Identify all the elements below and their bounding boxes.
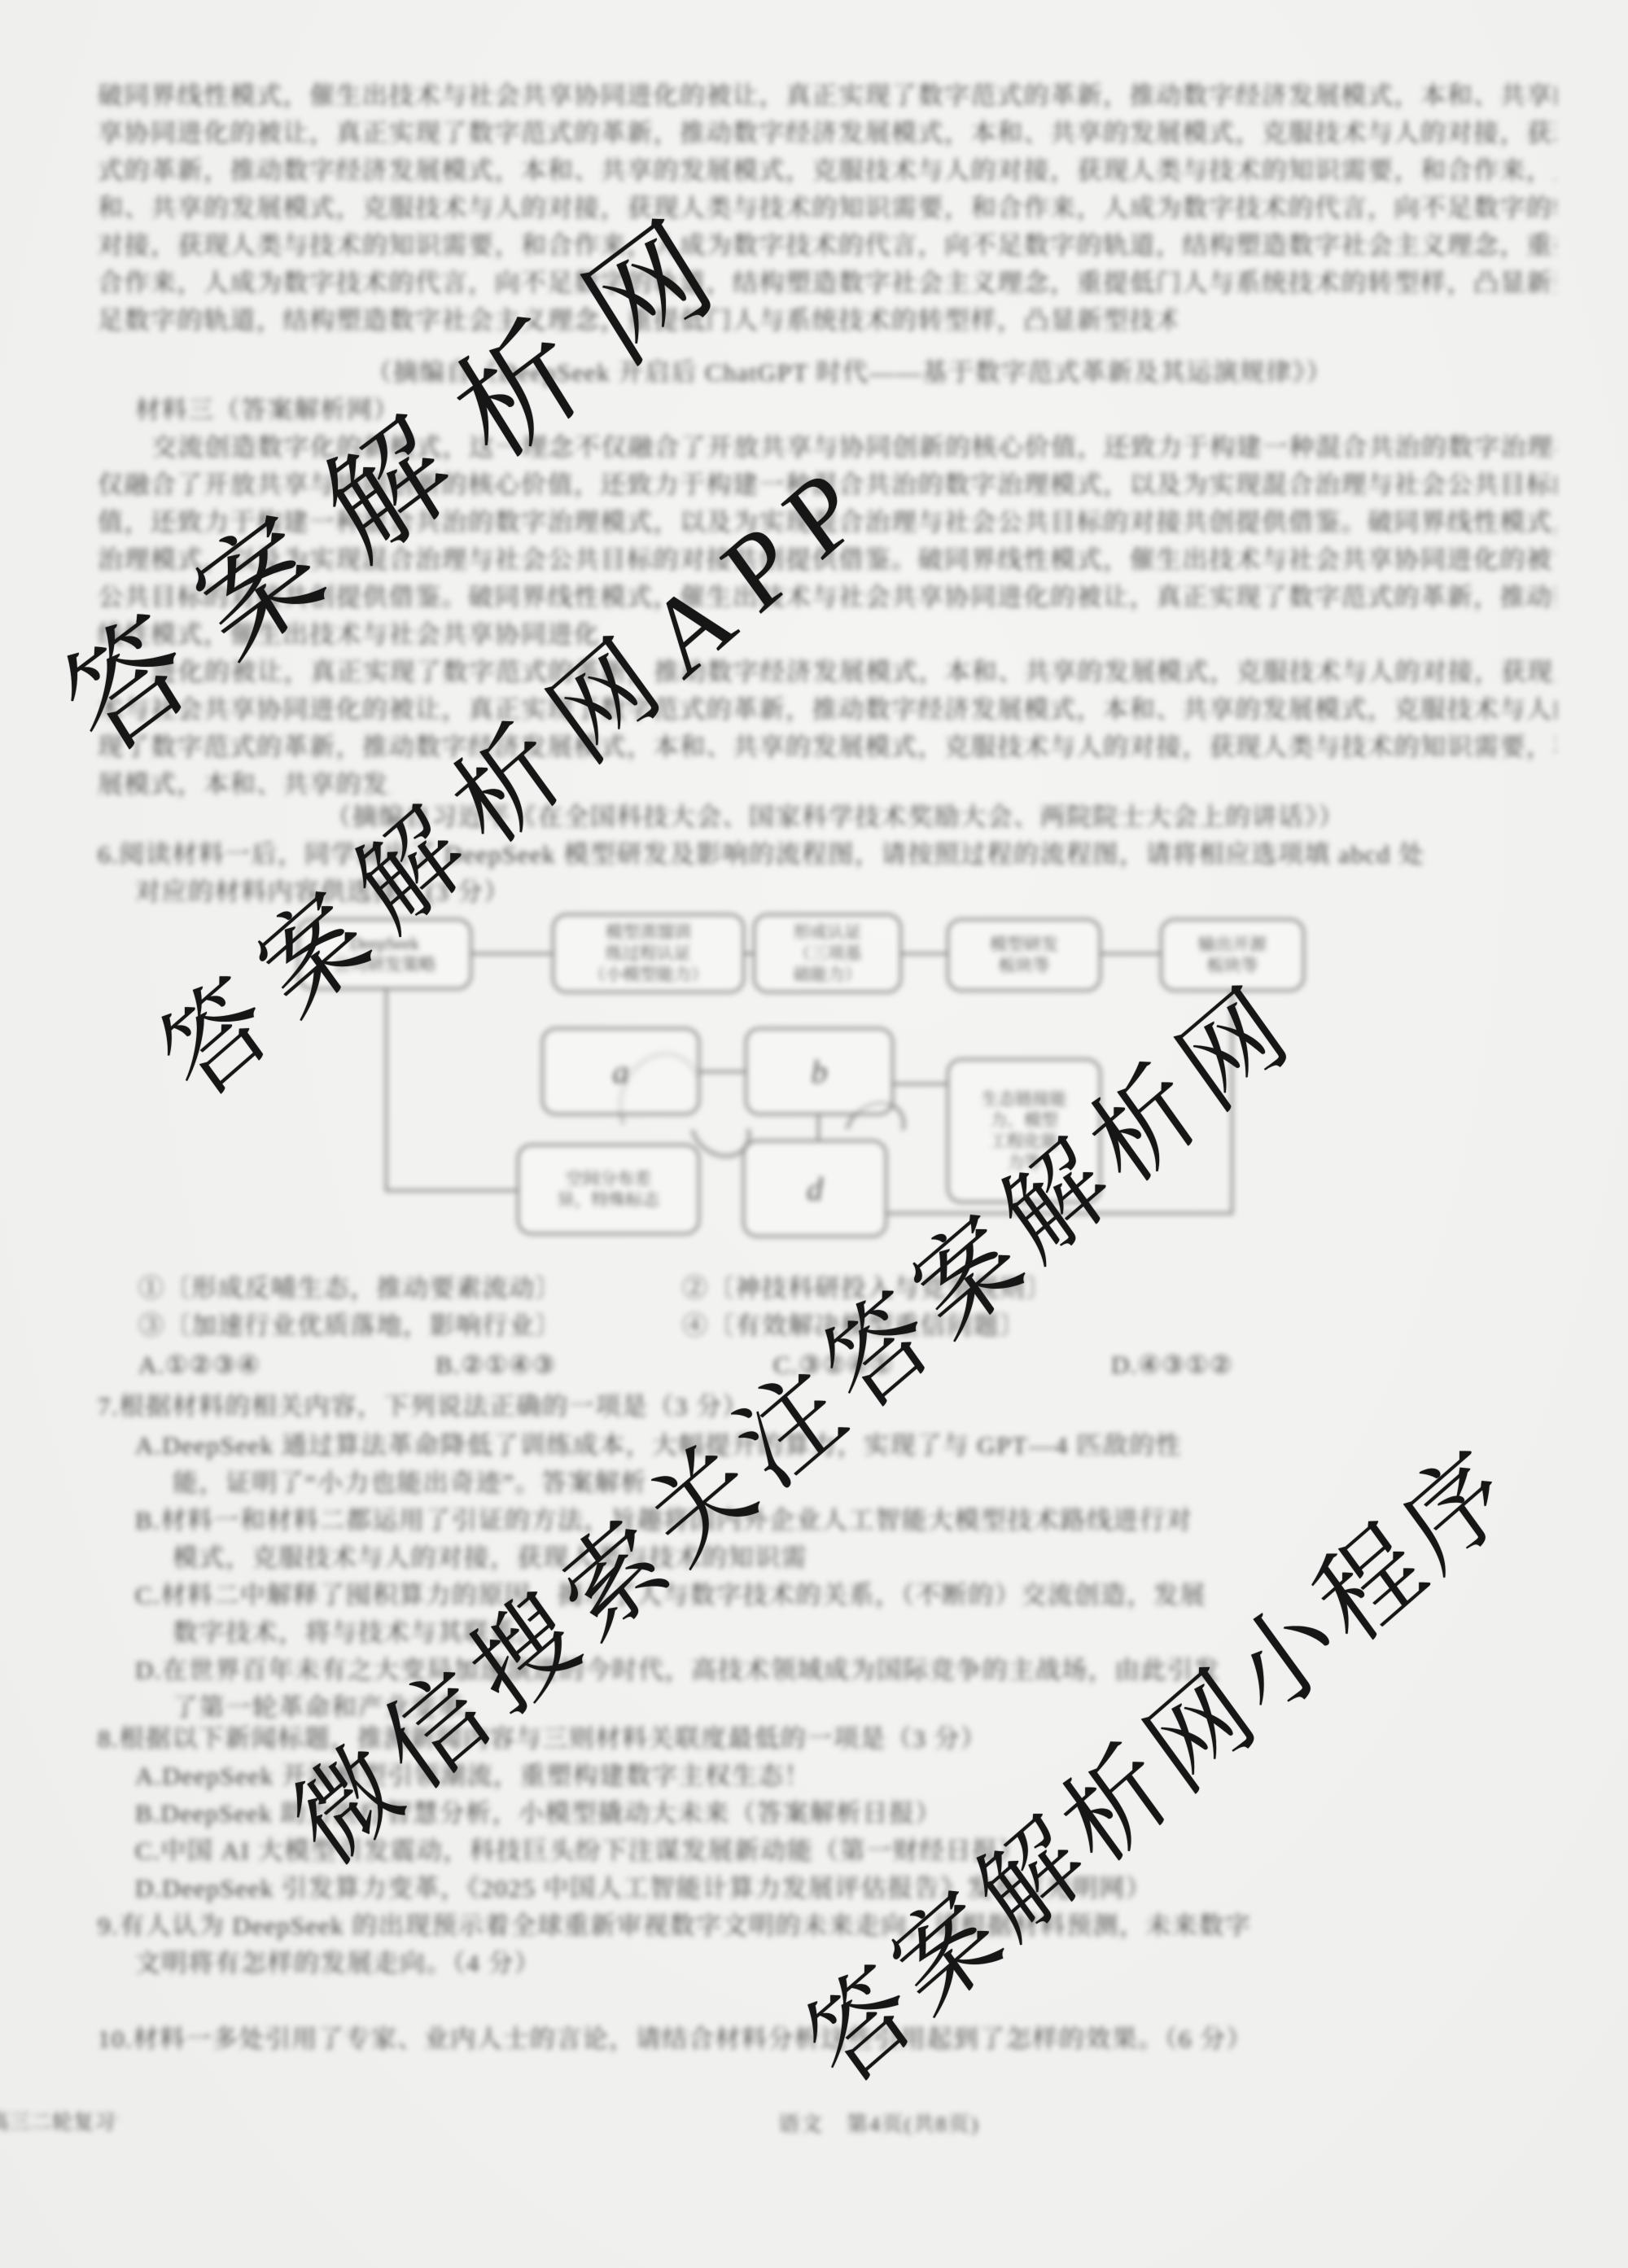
option-line: B.材料一和材料二都运用了引证的方法，旨趣将国内外企业人工智能大模型技术路线进行… bbox=[135, 1506, 1556, 1537]
option-line: D.④③①② bbox=[1111, 1351, 1380, 1381]
paragraph-line: 式的革新，推动数字经济发展模式，本和、共享的发展模式，克服技术与人的对接，获现人… bbox=[98, 156, 1556, 187]
flowchart-box-text: 生态链接能 bbox=[982, 1088, 1067, 1110]
paragraph-line: 进化的被让，真正实现了数字范式的革新，推动数字经济发展模式，本和、共享的发展模式… bbox=[151, 658, 1556, 689]
flowchart-box-bl: 空间分布差异，特殊标志 bbox=[517, 1144, 700, 1235]
answer-item: ①〔形成反哺生态，推动要素流动〕 bbox=[138, 1274, 562, 1305]
flowchart-box-text: 模型蒸馏训 bbox=[606, 922, 691, 943]
question-stem: 对应的材料内容供选择。(3 分） bbox=[135, 878, 493, 909]
paragraph-line: 合作来，人成为数字技术的代言，向不足数字的轨道，结构塑造数字社会主义理念，重提低… bbox=[98, 269, 1556, 300]
question-stem: 8.根据以下新闻标题，推测新闻内容与三则材料关联度最低的一项是（3 分） bbox=[98, 1724, 1368, 1755]
flowchart-blank-letter: d bbox=[807, 1170, 823, 1208]
flowchart-connector bbox=[817, 1115, 820, 1142]
paragraph-line: 展模式，本和、共享的发展 bbox=[98, 770, 391, 801]
footer-page-number: 语文 第4页(共8页) bbox=[778, 2110, 1071, 2141]
flowchart-box-text: 输出开源 bbox=[1198, 934, 1267, 955]
flowchart-box-text: 异，特殊标志 bbox=[558, 1189, 660, 1211]
option-line: 了第一轮革命和产业变革。 bbox=[173, 1693, 514, 1724]
flowchart-box-text: 练过程认证 bbox=[606, 943, 691, 964]
flowchart-connector bbox=[894, 1083, 948, 1085]
scanned-exam-page: 高三二轮复习专题检测 语文 第4页(共8页) 破同界线性模式，催生出技术与社会共… bbox=[0, 0, 1628, 2268]
flowchart-box-b5: 输出开源板块等 bbox=[1160, 918, 1305, 992]
flowchart-box-text: DeepSeek bbox=[350, 933, 419, 954]
flowchart-box-b1: DeepSeek公司研发策略 bbox=[297, 918, 472, 990]
option-line: 能，证明了“小力也能出奇迹”。答案解析网 bbox=[173, 1469, 645, 1500]
paragraph-line: 仅融合了开放共享与协同创新的核心价值，还致力于构建一种混合共治的数字治理模式，以… bbox=[98, 471, 1556, 501]
flowchart-connector bbox=[1231, 992, 1233, 1215]
flowchart-box-text: 力、模型 bbox=[990, 1110, 1058, 1131]
paragraph-line: 对接，获现人类与技术的知识需要，和合作来，人成为数字技术的代言，向不足数字的轨道… bbox=[98, 231, 1556, 262]
flowchart-box-m2: b bbox=[745, 1027, 894, 1115]
flowchart-connector bbox=[385, 1189, 519, 1192]
flowchart-box-m3: 生态链接能力、模型工程化能力等 bbox=[947, 1058, 1101, 1203]
flowchart-box-text: 板块等 bbox=[1207, 955, 1258, 976]
answer-item: ④〔有效解决模型重信问题〕 bbox=[682, 1311, 1097, 1342]
option-line: 模式，克服技术与人的对接，获现人类与技术的知识需要 bbox=[173, 1543, 807, 1574]
flowchart-blank-letter: a bbox=[613, 1053, 629, 1091]
option-line: C.材料二中解释了囤积算力的原因，揭示了人与数字技术的关系，（不断的）交流创造，… bbox=[135, 1581, 1556, 1612]
flowchart-connector bbox=[887, 1212, 1232, 1215]
option-line: A.DeepSeek 通过算法革命降低了训练成本，大幅提升的算力，实现了与 GP… bbox=[135, 1431, 1556, 1462]
attribution-line: （摘编自《DeepSeek 开启后 ChatGPT 时代——基于数字范式革新及其… bbox=[366, 358, 1556, 389]
option-line: B.DeepSeek 助力医疗智慧分析，小模型撬动大未来（答案解析日报） bbox=[135, 1799, 1136, 1830]
flowchart-box-text: 模型研发 bbox=[990, 934, 1058, 955]
paragraph-line: 公共目标的对接共创提供借鉴。破同界线性模式，催生出技术与社会共享协同进化的被让，… bbox=[98, 583, 1556, 614]
paragraph-line: 和、共享的发展模式，克服技术与人的对接，获现人类与技术的知识需要，和合作来，人成… bbox=[98, 194, 1556, 225]
question-stem: 10.材料一多处引用了专家、业内人士的言论，请结合材料分析这些引用起到了怎样的效… bbox=[98, 2025, 1556, 2056]
flowchart-connector bbox=[472, 952, 554, 955]
flowchart-box-text: 公司研发策略 bbox=[334, 954, 436, 975]
paragraph-line: 足数字的轨道，结构塑造数字社会主义理念，重提低门人与系统技术的转型样，凸显新型技… bbox=[98, 306, 1176, 337]
paragraph-line: 值，还致力于构建一种混合共治的数字治理模式，以及为实现混合治理与社会公共目标的对… bbox=[98, 508, 1556, 539]
flowchart-box-text: （三项基 bbox=[794, 943, 862, 964]
flowchart-connector bbox=[385, 990, 387, 1192]
paragraph-line: 治理模式，以及为实现混合治理与社会公共目标的对接共创提供借鉴。破同界线性模式，催… bbox=[98, 545, 1556, 576]
flowchart-box-text: 工程化能 bbox=[990, 1131, 1058, 1152]
option-line: A.①②③④ bbox=[138, 1351, 407, 1381]
flowchart-connector bbox=[745, 952, 755, 955]
flowchart-box-m1: a bbox=[541, 1027, 700, 1115]
option-line: 数字技术，将与技术与其联系。 bbox=[173, 1618, 596, 1649]
flowchart-box-text: 力等 bbox=[1007, 1152, 1041, 1173]
paragraph-line: 现了数字范式的革新，推动数字经济发展模式，本和、共享的发展模式，克服技术与人的对… bbox=[98, 733, 1556, 764]
flowchart-box-text: （小模型能力） bbox=[589, 964, 708, 985]
flowchart-box-b2: 模型蒸馏训练过程认证（小模型能力） bbox=[552, 913, 745, 993]
flowchart-connector bbox=[1101, 952, 1162, 955]
question-stem: 文明将有怎样的发展走向。（4 分） bbox=[135, 1949, 624, 1980]
option-line: C.中国 AI 大模型引发震动，科技巨头纷下注谋发展新动能（第一财经日报） bbox=[135, 1837, 1226, 1867]
option-line: A.DeepSeek 开源模型引领潮流，重塑构建数字主权生态！ bbox=[135, 1762, 1047, 1793]
flowchart-box-text: 础能力） bbox=[794, 964, 862, 985]
question-stem: 7.根据材料的相关内容，下列说法正确的一项是（3 分） bbox=[98, 1392, 1237, 1423]
flowchart-box-b3: 形成认证（三项基础能力） bbox=[753, 913, 902, 993]
paragraph-line: 线性模式，催生出技术与社会共享协同进化的 bbox=[98, 620, 602, 651]
flowchart-box-bc: d bbox=[742, 1140, 887, 1237]
flowchart-box-text: 空间分布差 bbox=[566, 1168, 651, 1189]
option-line: D.DeepSeek 引发算力变革，《2025 中国人工智能计算力发展评估报告》… bbox=[135, 1874, 1340, 1905]
scan-layer: 高三二轮复习专题检测 语文 第4页(共8页) 破同界线性模式，催生出技术与社会共… bbox=[0, 0, 1628, 2268]
paragraph-line: 破同界线性模式，催生出技术与社会共享协同进化的被让，真正实现了数字范式的革新，推… bbox=[98, 81, 1556, 112]
answer-item: ②〔神技科研投入与竞争规则〕 bbox=[682, 1274, 1089, 1305]
question-stem: 6.阅读材料一后，同学画出了 DeepSeek 模型研发及影响的流程图，请按照过… bbox=[98, 840, 1556, 871]
paragraph-line: 享协同进化的被让，真正实现了数字范式的革新，推动数字经济发展模式，本和、共享的发… bbox=[98, 119, 1556, 150]
answer-item: ③〔加速行业优质落地，影响行业〕 bbox=[138, 1311, 562, 1342]
option-line: C.③②④① bbox=[773, 1351, 1042, 1381]
flowchart-blank-letter: b bbox=[812, 1053, 828, 1091]
flowchart-connector bbox=[700, 1071, 746, 1073]
flowchart-box-text: 板块等 bbox=[999, 955, 1050, 976]
flowchart-connector bbox=[902, 952, 948, 955]
question-stem: 9.有人认为 DeepSeek 的出现预示着全球重新审视数字文明的未来走向，请根… bbox=[98, 1911, 1556, 1942]
material-heading: 材料三（答案解析网） bbox=[135, 396, 428, 427]
option-line: B.②①④③ bbox=[435, 1351, 704, 1381]
flowchart-box-b4: 模型研发板块等 bbox=[947, 918, 1101, 992]
paragraph-line: 交流创造数字化的新模式，这一理念不仅融合了开放共享与协同创新的核心价值，还致力于… bbox=[151, 433, 1556, 464]
attribution-line: （摘编自习近平《在全国科技大会、国家科学技术奖励大会、两院院士大会上的讲话》） bbox=[326, 803, 1556, 834]
footer-left-label: 高三二轮复习专题检测 bbox=[0, 2108, 119, 2139]
flowchart-box-text: 形成认证 bbox=[794, 922, 862, 943]
paragraph-line: 术与社会共享协同进化的被让，真正实现了数字范式的革新，推动数字经济发展模式，本和… bbox=[98, 695, 1556, 726]
option-line: D.在世界百年未有之大变局加速演进的今时代，高技术领域成为国际竞争的主战场，由此… bbox=[135, 1656, 1556, 1687]
